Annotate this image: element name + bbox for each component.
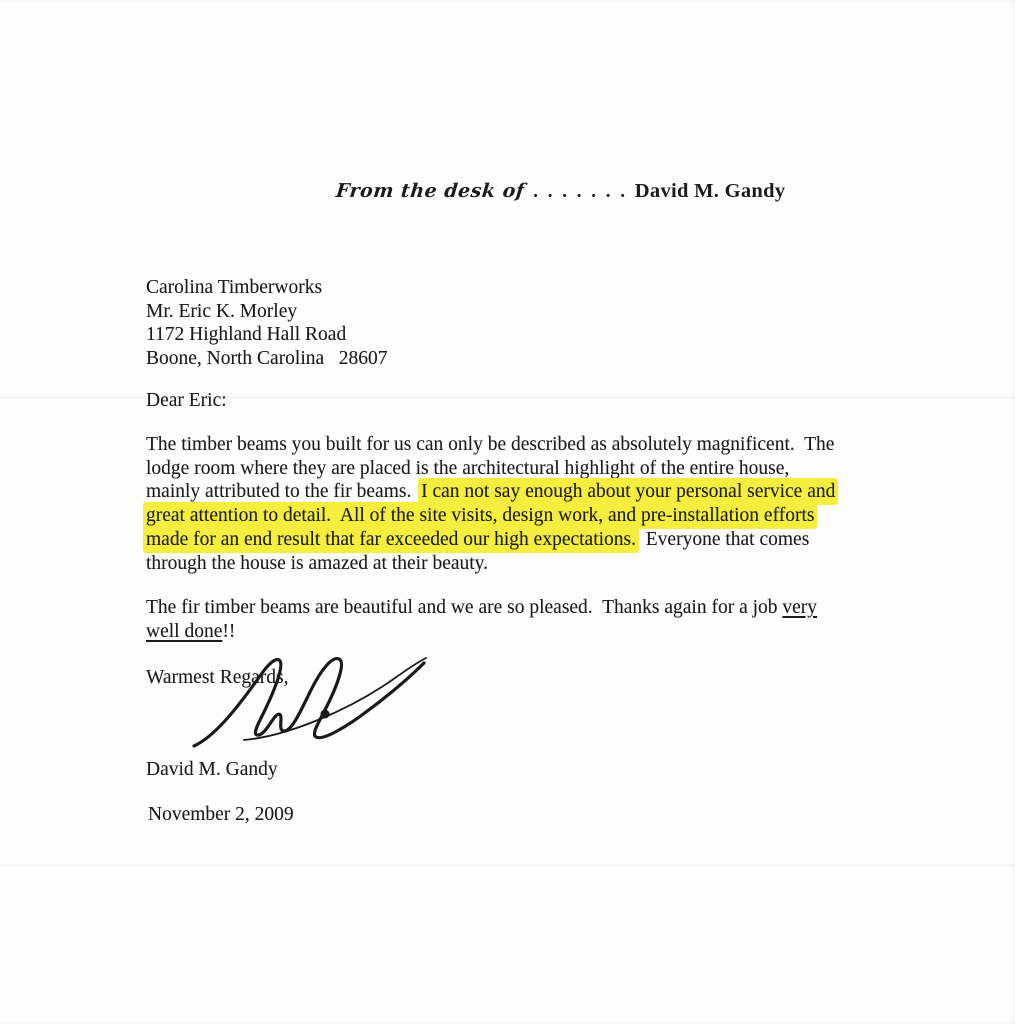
plain-text: Everyone that comes <box>636 529 809 550</box>
salutation: Dear Eric: <box>146 389 227 413</box>
paper-fold-line-bottom <box>0 864 1015 867</box>
letterhead-dots: . . . . . . . <box>525 181 635 202</box>
highlighted-text: I can not say enough about your personal… <box>421 481 835 502</box>
highlighted-text: made for an end result that far exceeded… <box>146 529 636 550</box>
signature-scribble-icon <box>188 650 438 762</box>
highlighted-text: great attention to detail. All of the si… <box>146 505 814 526</box>
plain-text: !! <box>222 621 235 642</box>
underlined-text: well done <box>146 621 222 642</box>
plain-text: The fir timber beams are beautiful and w… <box>146 597 782 618</box>
scanned-letter-page: From the desk of . . . . . . . David M. … <box>0 0 1015 1024</box>
paragraph-line: made for an end result that far exceeded… <box>146 528 835 552</box>
letterhead-name: David M. Gandy <box>635 180 786 202</box>
recipient-address-block: Carolina Timberworks Mr. Eric K. Morley … <box>146 276 388 370</box>
letter-date: November 2, 2009 <box>148 803 294 827</box>
paragraph-line: great attention to detail. All of the si… <box>146 504 835 528</box>
body-paragraph-1: The timber beams you built for us can on… <box>146 433 835 575</box>
recipient-street: 1172 Highland Hall Road <box>146 323 388 347</box>
paragraph-line: well done!! <box>146 620 817 644</box>
letterhead: From the desk of . . . . . . . David M. … <box>336 180 785 203</box>
plain-text: mainly attributed to the fir beams. <box>146 481 421 502</box>
body-paragraph-2: The fir timber beams are beautiful and w… <box>146 596 817 643</box>
paragraph-line: The fir timber beams are beautiful and w… <box>146 596 817 620</box>
recipient-city-state-zip: Boone, North Carolina 28607 <box>146 347 388 371</box>
paragraph-line: mainly attributed to the fir beams. I ca… <box>146 480 835 504</box>
recipient-company: Carolina Timberworks <box>146 276 388 300</box>
paragraph-line: lodge room where they are placed is the … <box>146 457 835 481</box>
letterhead-script-text: From the desk of <box>335 180 526 202</box>
recipient-name: Mr. Eric K. Morley <box>146 300 388 324</box>
underlined-text: very <box>782 597 817 618</box>
paragraph-line: The timber beams you built for us can on… <box>146 433 835 457</box>
paragraph-line: through the house is amazed at their bea… <box>146 552 835 576</box>
